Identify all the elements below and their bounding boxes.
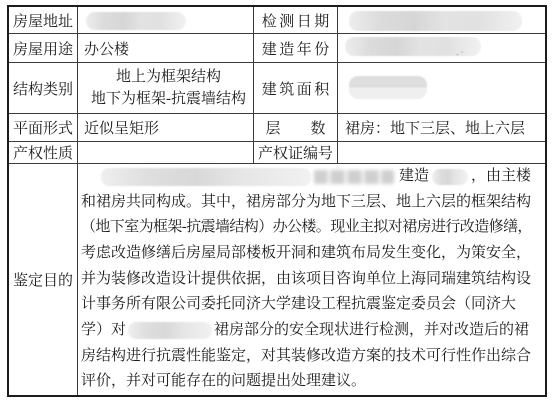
inspection-date-label: 检测日期	[262, 10, 332, 31]
appraisal-purpose-label: 鉴定目的	[13, 269, 73, 290]
purpose-line7-text1: 学）对	[81, 322, 126, 338]
house-usage-value: 办公楼	[84, 38, 129, 59]
structure-type-label: 结构类别	[13, 78, 73, 99]
floor-count-value-cell: 裙房：地下三层、地上六层	[338, 114, 545, 141]
inspection-date-value-cell	[338, 7, 545, 33]
building-area-label-cell: 建筑面积	[254, 63, 338, 113]
ownership-nature-label-cell: 产权性质	[9, 142, 78, 163]
house-address-label-cell: 房屋地址	[9, 7, 78, 33]
table-row: 结构类别 地上为框架结构 地下为框架-抗震墙结构 建筑面积	[9, 63, 545, 114]
purpose-line1-text1: 建造	[399, 168, 429, 184]
appraisal-purpose-row: 鉴定目的 建造，由主楼 和裙房共同构成。其中，裙房部分为地下三层、地上六层的框架…	[9, 164, 545, 395]
house-usage-value-cell: 办公楼	[78, 34, 254, 62]
purpose-line7-text2: 裙房部分的安全现状进行检测，并对改造后的裙	[214, 322, 529, 338]
ownership-nature-label: 产权性质	[13, 142, 73, 163]
plan-form-label: 平面形式	[13, 117, 73, 138]
purpose-line1-text2: ，由主楼	[471, 168, 531, 184]
redaction-artifact: ．·	[456, 45, 464, 58]
document-page: 房屋地址 检测日期 房屋用途 办公楼 建造年份	[0, 0, 553, 402]
structure-type-label-cell: 结构类别	[9, 63, 78, 113]
construction-year-label-cell: 建造年份	[254, 34, 338, 62]
appraisal-purpose-text-cell: 建造，由主楼 和裙房共同构成。其中，裙房部分为地下三层、地上六层的框架结构 （地…	[78, 164, 545, 395]
construction-year-value-cell: ．·	[338, 34, 545, 62]
purpose-line-8: 房结构进行抗震性能鉴定，对其装修改造方案的技术可行性作出综合	[81, 344, 545, 370]
building-area-label: 建筑面积	[262, 78, 332, 99]
house-usage-label-cell: 房屋用途	[9, 34, 78, 62]
purpose-line-7: 学）对裙房部分的安全现状进行检测，并对改造后的裙	[81, 318, 545, 344]
purpose-line-5: 并为装修改造设计提供依据，由该项目咨询单位上海同瑞建筑结构设	[81, 267, 545, 293]
ownership-cert-no-label: 产权证编号	[258, 142, 333, 163]
ownership-cert-no-label-cell: 产权证编号	[254, 142, 338, 163]
purpose-line-3: （地下室为框架-抗震墙结构）办公楼。现业主拟对裙房进行改造修缮，	[81, 215, 545, 241]
table-row: 房屋用途 办公楼 建造年份 ．·	[9, 34, 545, 63]
table-row: 房屋地址 检测日期	[9, 7, 545, 34]
purpose-line-9: 评价，并对可能存在的问题提出处理建议。	[81, 369, 545, 395]
house-address-value-cell	[78, 7, 254, 33]
ownership-nature-value-cell	[78, 142, 254, 163]
purpose-line-2: 和裙房共同构成。其中，裙房部分为地下三层、地上六层的框架结构	[81, 190, 545, 216]
construction-year-label: 建造年份	[262, 38, 332, 59]
table-row: 平面形式 近似呈矩形 层 数 裙房：地下三层、地上六层	[9, 114, 545, 142]
house-usage-label: 房屋用途	[13, 38, 73, 59]
plan-form-value: 近似呈矩形	[84, 117, 159, 138]
redaction-blur	[101, 168, 311, 186]
structure-type-line2: 地下为框架-抗震墙结构	[91, 88, 246, 110]
redaction-blur	[432, 169, 468, 185]
appraisal-purpose-label-cell: 鉴定目的	[9, 164, 78, 395]
plan-form-value-cell: 近似呈矩形	[78, 114, 254, 141]
purpose-line-6: 计事务所有限公司委托同济大学建设工程抗震鉴定委员会（同济大	[81, 292, 545, 318]
building-area-value-cell	[338, 63, 545, 113]
purpose-line-4: 考虑改造修缮后房屋局部楼板开洞和建筑布局发生变化，为策安全，	[81, 241, 545, 267]
blurred-ghost-text	[314, 170, 394, 184]
redaction-blur	[86, 12, 186, 30]
floor-count-label: 层 数	[265, 117, 325, 138]
table-row: 产权性质 产权证编号	[9, 142, 545, 164]
redaction-blur	[349, 76, 427, 99]
purpose-line-1: 建造，由主楼	[81, 164, 545, 190]
building-info-table: 房屋地址 检测日期 房屋用途 办公楼 建造年份	[7, 5, 547, 397]
house-address-label: 房屋地址	[13, 10, 73, 31]
redaction-blur	[128, 322, 212, 339]
structure-type-value-cell: 地上为框架结构 地下为框架-抗震墙结构	[78, 63, 254, 113]
inspection-date-label-cell: 检测日期	[254, 7, 338, 33]
floor-count-value: 裙房：地下三层、地上六层	[345, 117, 525, 138]
ownership-cert-no-value-cell	[338, 142, 545, 163]
plan-form-label-cell: 平面形式	[9, 114, 78, 141]
floor-count-label-cell: 层 数	[254, 114, 338, 141]
redaction-blur	[349, 11, 522, 31]
structure-type-line1: 地上为框架结构	[116, 66, 221, 88]
